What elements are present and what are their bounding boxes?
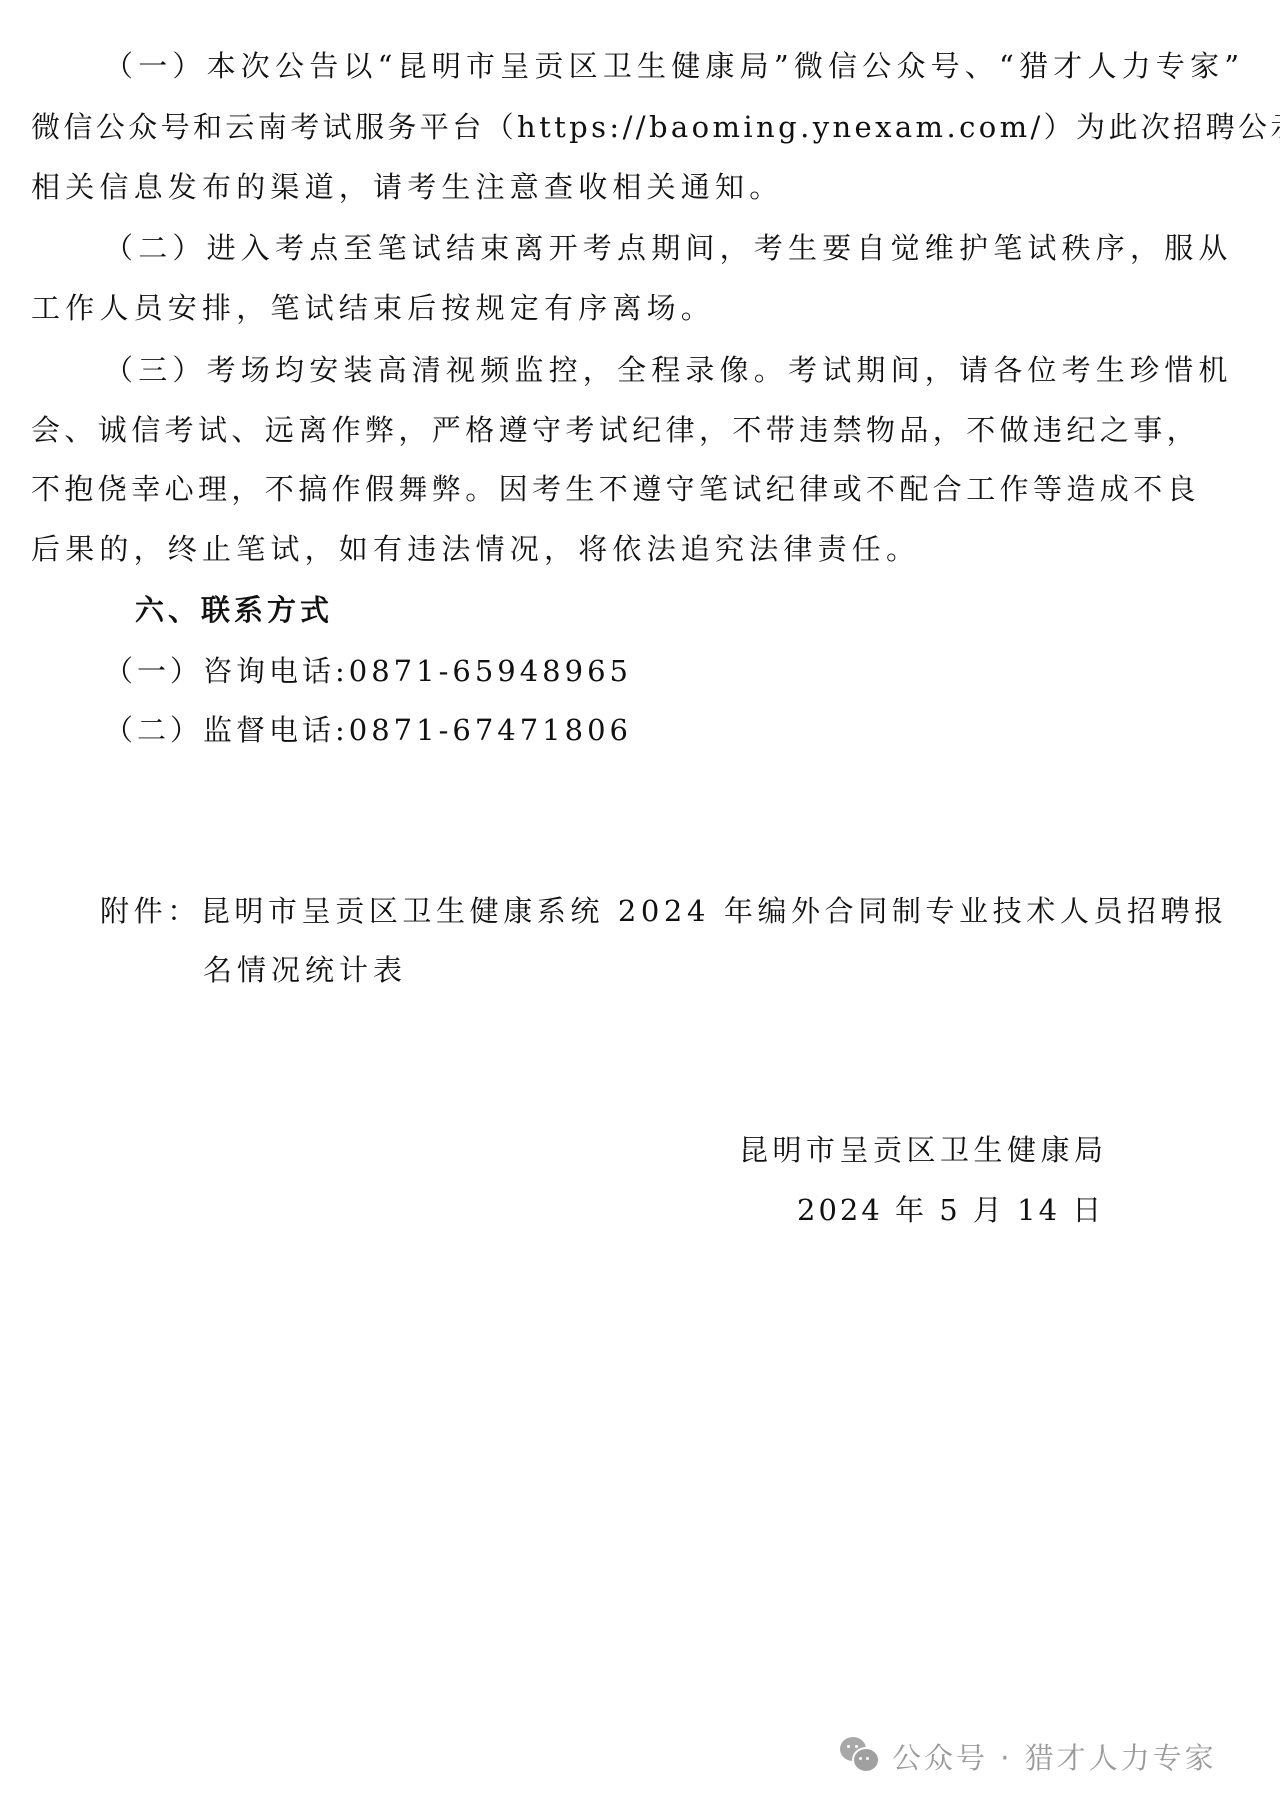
signature-date: 2024 年 5 月 14 日 (797, 1190, 1280, 1230)
wechat-icon (838, 1734, 884, 1778)
paragraph-3-line-2: 会、诚信考试、远离作弊，严格遵守考试纪律，不带违禁物品，不做违纪之事， (31, 410, 1251, 450)
attachment-prefix: 附件： (100, 894, 201, 928)
paragraph-3-line-3: 不抱侥幸心理，不搞作假舞弊。因考生不遵守笔试纪律或不配合工作等造成不良 (31, 469, 1251, 509)
section-heading: 六、联系方式 (135, 590, 1280, 630)
paragraph-1-line-1: （一）本次公告以“昆明市呈贡区卫生健康局”微信公众号、“猎才人力专家” (104, 46, 1251, 86)
paragraph-1-line-3: 相关信息发布的渠道，请考生注意查收相关通知。 (31, 167, 1251, 207)
contact-supervise-label: （二）监督电话: (104, 713, 349, 747)
paragraph-2-line-2: 工作人员安排，笔试结束后按规定有序离场。 (31, 288, 1251, 328)
paragraph-3-line-4: 后果的，终止笔试，如有违法情况，将依法追究法律责任。 (31, 529, 1251, 569)
contact-supervise: （二）监督电话:0871-67471806 (104, 710, 1280, 750)
watermark-text: 公众号 · 猎才人力专家 (892, 1736, 1217, 1777)
contact-consult-label: （一）咨询电话: (104, 654, 349, 688)
contact-consult: （一）咨询电话:0871-65948965 (104, 651, 1280, 691)
contact-supervise-phone: 0871-67471806 (349, 713, 632, 747)
contact-consult-phone: 0871-65948965 (349, 654, 632, 688)
attachment-line-2: 名情况统计表 (203, 950, 1280, 990)
paragraph-1-line-2: 微信公众号和云南考试服务平台（https://baoming.ynexam.co… (31, 107, 1251, 147)
attachment-line-1: 附件：昆明市呈贡区卫生健康系统 2024 年编外合同制专业技术人员招聘报 (100, 891, 1252, 931)
signature-organization: 昆明市呈贡区卫生健康局 (739, 1130, 1280, 1170)
watermark: 公众号 · 猎才人力专家 (838, 1734, 1217, 1778)
paragraph-3-line-1: （三）考场均安装高清视频监控，全程录像。考试期间，请各位考生珍惜机 (104, 350, 1251, 390)
paragraph-2-line-1: （二）进入考点至笔试结束离开考点期间，考生要自觉维护笔试秩序，服从 (104, 228, 1251, 268)
attachment-title: 昆明市呈贡区卫生健康系统 2024 年编外合同制专业技术人员招聘报 (201, 894, 1228, 928)
